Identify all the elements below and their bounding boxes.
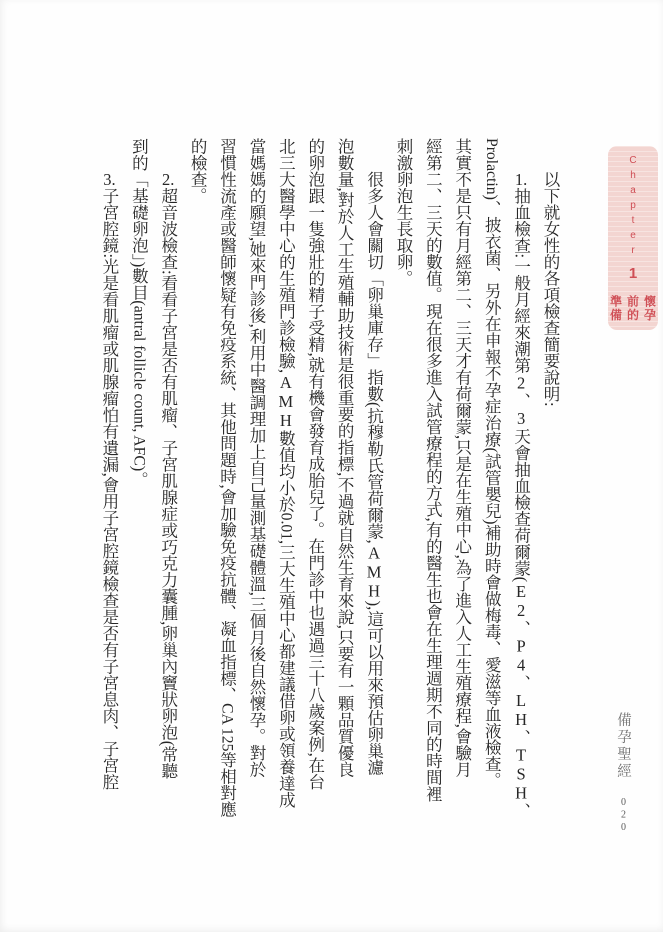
text-column: 2.超音波檢查:看看子宮是否有肌瘤、子宮肌腺症或巧克力囊腫,卵巢內竇狀卵泡(常聽 xyxy=(153,138,182,838)
book-title: 備孕聖經 xyxy=(615,712,631,780)
text-run: CA 125 xyxy=(219,703,236,751)
book-page: Chapter 1 懷孕前的準備 以下就女性的各項檢查簡要說明:1.抽血檢查:一… xyxy=(0,0,663,932)
text-run: 子宮腔鏡:光是看肌瘤或肌腺瘤怕有遺漏,會用子宮腔鏡檢查是否有子宮息肉、子宮腔 xyxy=(100,188,119,791)
chapter-tab: Chapter 1 懷孕前的準備 xyxy=(608,146,658,330)
text-column: 3.子宮腔鏡:光是看肌瘤或肌腺瘤怕有遺漏,會用子宮腔鏡檢查是否有子宮息肉、子宮腔 xyxy=(95,138,124,838)
text-run: 3 xyxy=(512,409,531,428)
chapter-number: 1 xyxy=(629,265,637,282)
chapter-title: 懷孕前的準備 xyxy=(608,295,659,330)
text-run: AMH xyxy=(276,373,295,430)
text-column: 刺激卵泡生長取卵。 xyxy=(389,138,418,838)
chapter-label: Chapter xyxy=(628,155,639,260)
text-run: 、 xyxy=(512,620,531,637)
page-footer: 備孕聖經 020 xyxy=(610,712,634,835)
text-run: 1. xyxy=(512,171,531,188)
text-run: AMH xyxy=(365,544,384,601)
text-run: 到的「基礎卵泡」)數目( xyxy=(129,138,148,306)
text-run: LH xyxy=(512,691,531,729)
text-run: 習慣性流產或醫師懷疑有免疫系統、其他問題時,會加驗免疫抗體、凝血指標、 xyxy=(218,138,237,703)
text-column: 其實不是只有月經第二、三天才有荷爾蒙,只是在生殖中心,為了進入人工生殖療程,會驗… xyxy=(447,138,476,838)
text-run: 、 xyxy=(512,729,531,746)
text-run: 天會抽血檢查荷爾蒙( xyxy=(512,428,531,582)
text-run: antral follicle count, AFC xyxy=(130,306,147,466)
text-column: 經第二、三天的數值。現在很多進入試管療程的方式,有的醫生也會在生理週期不同的時間… xyxy=(418,138,447,838)
text-column: 的卵泡跟一隻強壯的精子受精,就有機會發育成胎兒了。在門診中也遇過三十八歲案例,在… xyxy=(300,138,329,838)
text-run: 刺激卵泡生長取卵。 xyxy=(394,138,413,287)
text-run: 泡數量,對於人工生殖輔助技術是很重要的指標,不過就自然生育來說,只要有一顆品質優… xyxy=(335,138,354,777)
text-run: 抽血檢查:一般月經來潮第 xyxy=(512,188,531,374)
text-column: 很多人會關切「卵巢庫存」指數(抗穆勒氏管荷爾蒙,AMH),這可以用來預估卵巢濾 xyxy=(359,138,388,838)
text-run: 3. xyxy=(100,171,119,188)
text-run: 的卵泡跟一隻強壯的精子受精,就有機會發育成胎兒了。在門診中也遇過三十八歲案例,在… xyxy=(306,138,325,790)
text-run: 經第二、三天的數值。現在很多進入試管療程的方式,有的醫生也會在生理週期不同的時間… xyxy=(423,138,442,802)
text-column: 1.抽血檢查:一般月經來潮第2、3天會抽血檢查荷爾蒙(E2、P4、LH、TSH、 xyxy=(506,138,535,838)
text-run: 、 xyxy=(512,393,531,410)
text-column: 的檢查。 xyxy=(183,138,212,838)
text-run: )。 xyxy=(129,466,148,488)
text-run: 很多人會關切「卵巢庫存」指數(抗穆勒氏管荷爾蒙, xyxy=(365,171,384,544)
text-column: 習慣性流產或醫師懷疑有免疫系統、其他問題時,會加驗免疫抗體、凝血指標、CA 12… xyxy=(212,138,241,838)
body-text: 以下就女性的各項檢查簡要說明:1.抽血檢查:一般月經來潮第2、3天會抽血檢查荷爾… xyxy=(94,138,565,838)
text-run: E2 xyxy=(512,582,531,620)
text-column: 當媽媽的願望,她來門診後,利用中醫調理加上自己量測基礎體溫,三個月後自然懷孕。對… xyxy=(242,138,271,838)
text-run: 以下就女性的各項檢查簡要說明: xyxy=(541,171,560,407)
text-run: )、披衣菌、另外在申報不孕症治療(試管嬰兒)補助時會做梅毒、愛滋等血液檢查。 xyxy=(482,195,501,789)
text-run: 數值均小於 xyxy=(276,430,295,513)
text-run: 的檢查。 xyxy=(188,138,207,204)
text-run: 、 xyxy=(512,675,531,692)
text-run: 超音波檢查:看看子宮是否有肌瘤、子宮肌腺症或巧克力囊腫,卵巢內竇狀卵泡(常聽 xyxy=(159,188,178,780)
text-run: TSH xyxy=(512,746,531,803)
text-run: ),這可以用來預估卵巢濾 xyxy=(365,601,384,776)
text-column: Prolactin)、披衣菌、另外在申報不孕症治療(試管嬰兒)補助時會做梅毒、愛… xyxy=(477,138,506,838)
text-run: 2 xyxy=(512,374,531,393)
text-run: 其實不是只有月經第二、三天才有荷爾蒙,只是在生殖中心,為了進入人工生殖療程,會驗… xyxy=(453,138,472,777)
text-run: 2. xyxy=(159,171,178,188)
text-column: 到的「基礎卵泡」)數目(antral follicle count, AFC)。 xyxy=(124,138,153,838)
text-column: 以下就女性的各項檢查簡要說明: xyxy=(536,138,565,838)
text-column: 泡數量,對於人工生殖輔助技術是很重要的指標,不過就自然生育來說,只要有一顆品質優… xyxy=(330,138,359,838)
text-run: 當媽媽的願望,她來門診後,利用中醫調理加上自己量測基礎體溫,三個月後自然懷孕。對… xyxy=(247,138,266,777)
text-run: 北三大醫學中心的生殖門診檢驗, xyxy=(276,138,295,373)
text-column: 北三大醫學中心的生殖門診檢驗,AMH數值均小於0.01,三大生殖中心都建議借卵或… xyxy=(271,138,300,838)
text-run: ,三大生殖中心都建議借卵或領養達成 xyxy=(276,540,295,808)
text-run: 0.01 xyxy=(277,513,294,540)
text-run: P4 xyxy=(512,637,531,675)
text-run: 、 xyxy=(512,803,531,820)
text-run: Prolactin xyxy=(483,138,500,195)
text-run: 等相對應 xyxy=(218,751,237,817)
page-number: 020 xyxy=(618,797,629,835)
